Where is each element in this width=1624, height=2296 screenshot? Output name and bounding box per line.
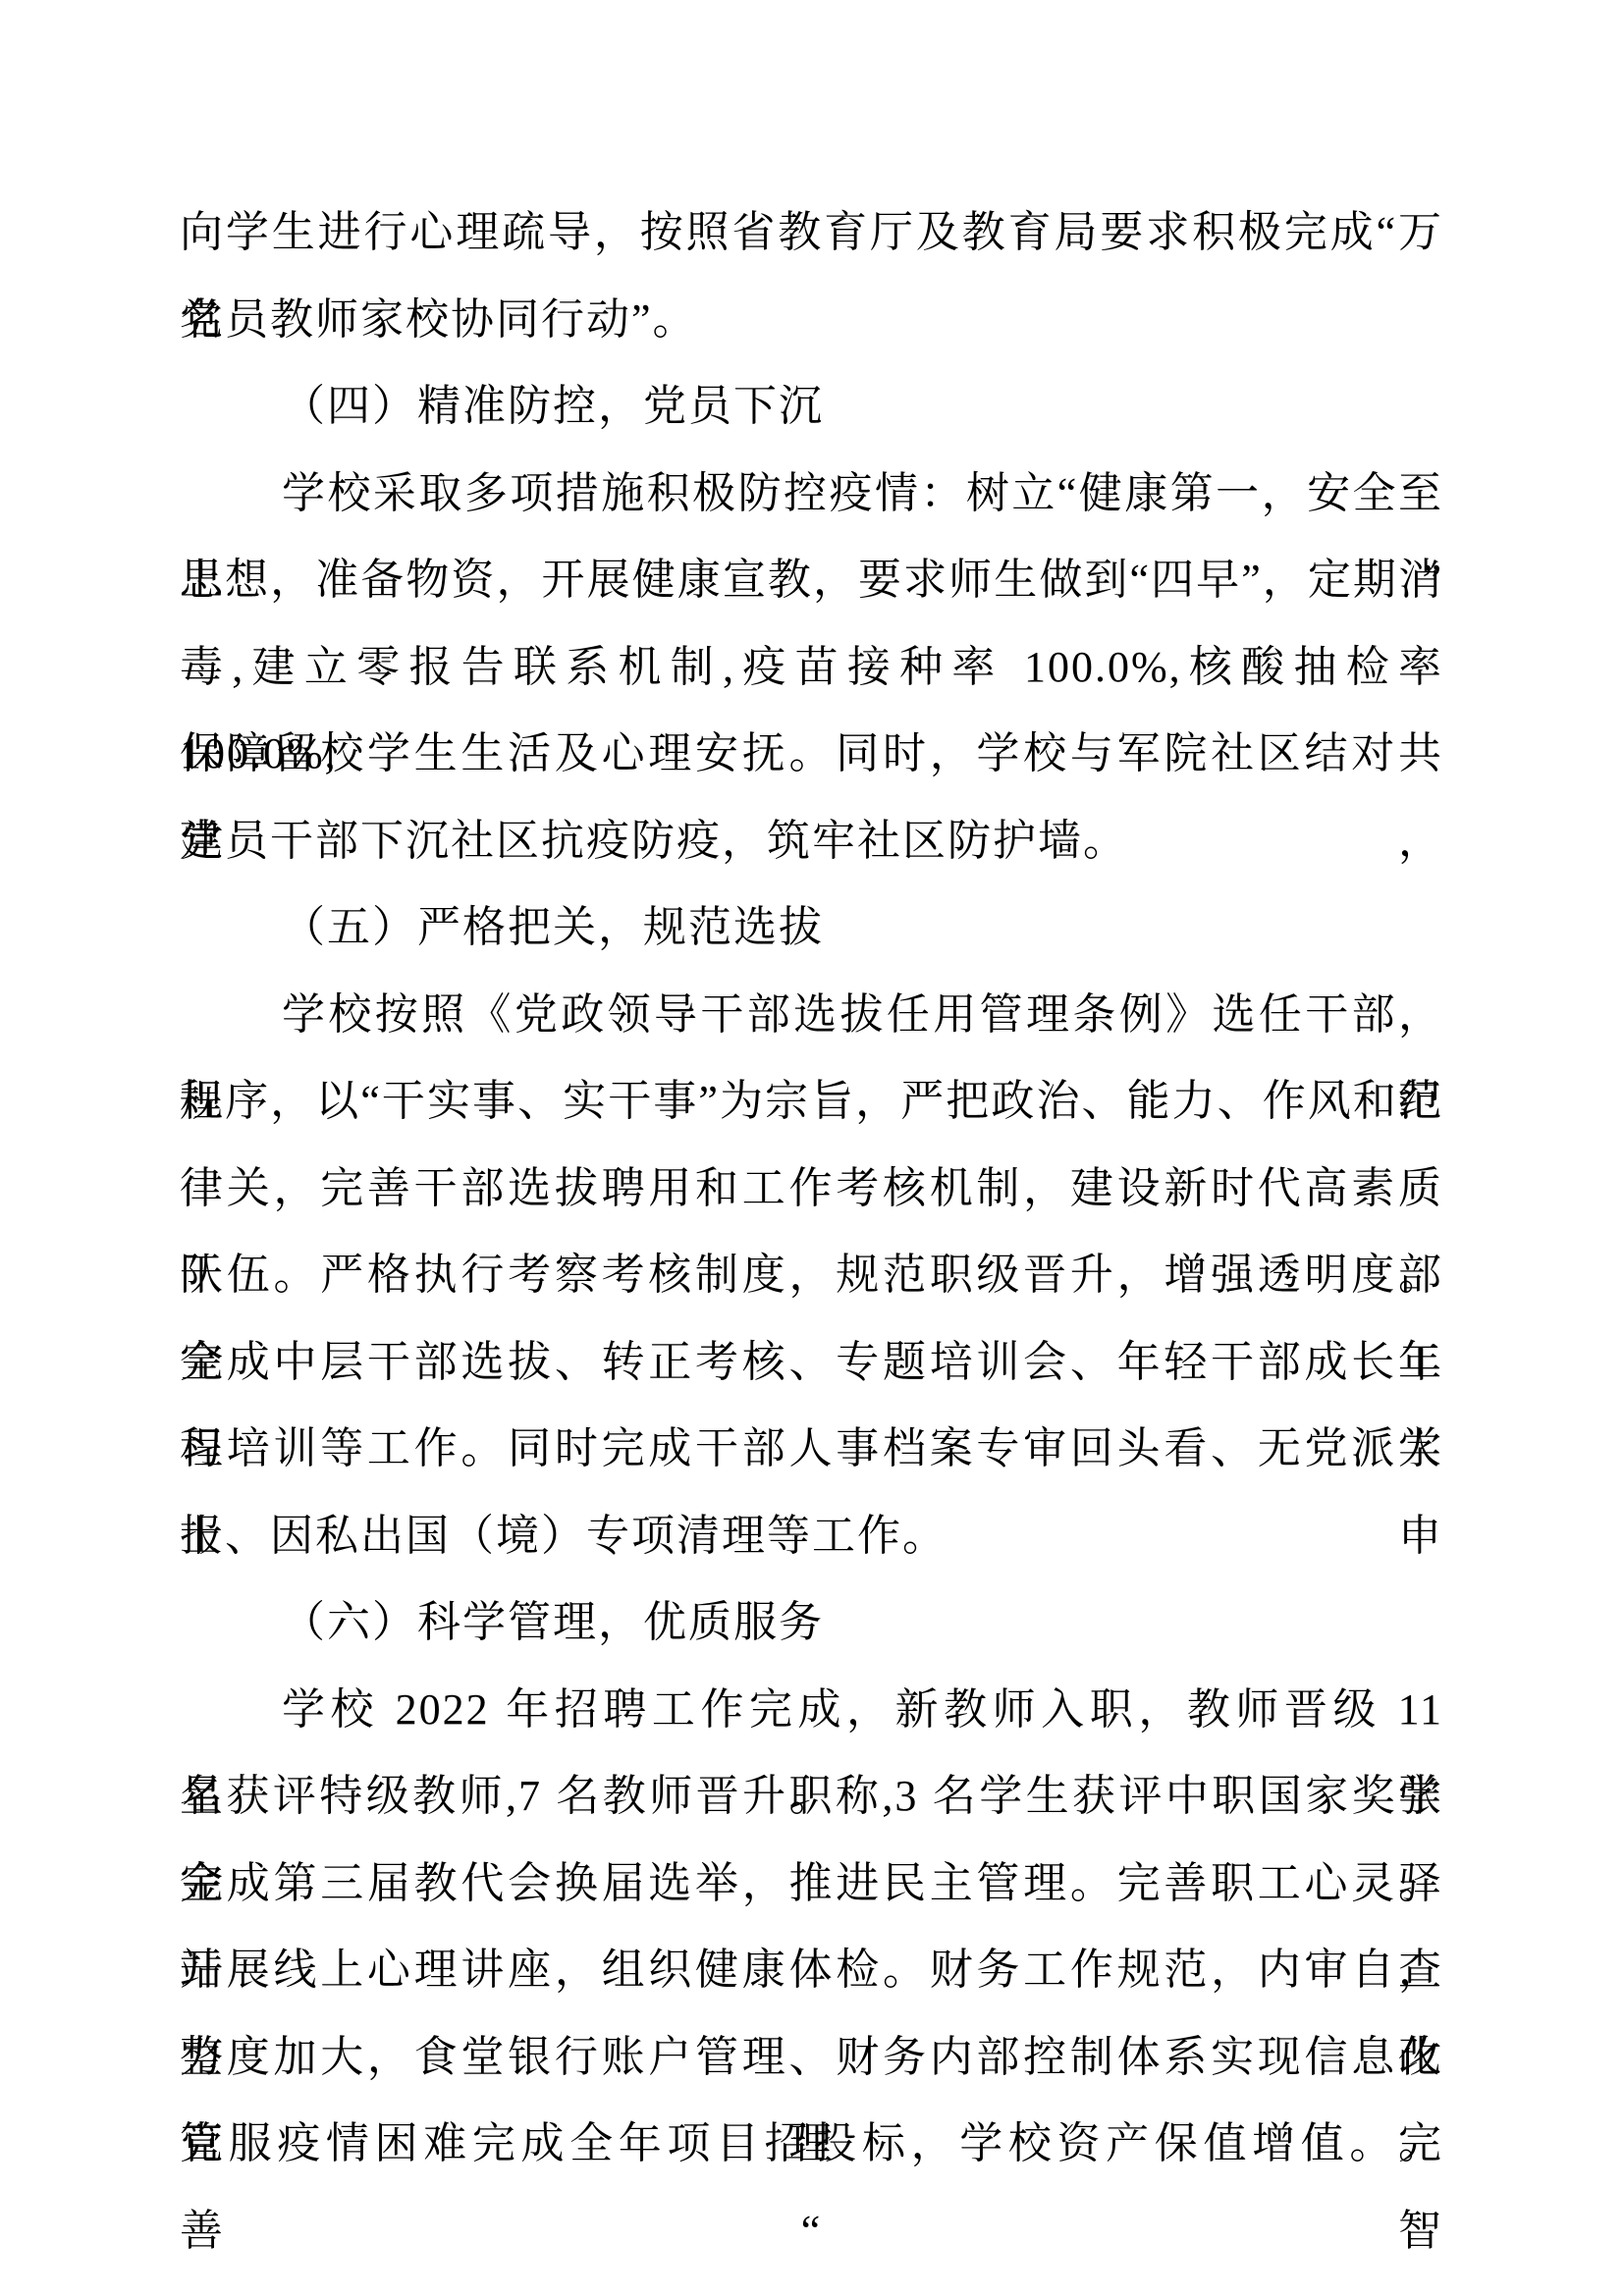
text-line: 星获评特级教师,7 名教师晋升职称,3 名学生获评中职国家奖学金。 (180, 1753, 1443, 1841)
text-line: 学校按照《党政领导干部选拔任用管理条例》选任干部，规范 (180, 972, 1443, 1059)
text-line: 程序，以“干实事、实干事”为宗旨，严把政治、能力、作风和纪 (180, 1058, 1443, 1146)
text-line: 保障留校学生生活及心理安抚。同时，学校与军院社区结对共建， (180, 711, 1443, 798)
document-page: 向学生进行心理疏导，按照省教育厅及教育局要求积极完成“万名 党员教师家校协同行动… (0, 0, 1624, 2296)
text-line: 完成第三届教代会换届选举，推进民主管理。完善职工心灵驿站， (180, 1841, 1443, 1928)
text-line: 律关，完善干部选拔聘用和工作考核机制，建设新时代高素质干部 (180, 1146, 1443, 1233)
text-line: 力度加大，食堂银行账户管理、财务内部控制体系实现信息化管理。 (180, 2014, 1443, 2102)
text-line: 习培训等工作。同时完成干部人事档案专审回头看、无党派人士申 (180, 1406, 1443, 1493)
text-line: 开展线上心理讲座，组织健康体检。财务工作规范，内审自查整改 (180, 1927, 1443, 2014)
text-line: 队伍。严格执行考察考核制度，规范职级晋升，增强透明度。全年 (180, 1232, 1443, 1319)
text-line: 克服疫情困难完成全年项目招投标，学校资产保值增值。完善“智 (180, 2101, 1443, 2188)
text-line: 思想，准备物资，开展健康宣教，要求师生做到“四早”，定期消 (180, 537, 1443, 624)
text-line: 学校采取多项措施积极防控疫情：树立“健康第一，安全至上” (180, 451, 1443, 538)
section-heading: （五）严格把关，规范选拔 (180, 884, 1443, 972)
section-heading: （四）精准防控，党员下沉 (180, 363, 1443, 451)
text-line: 毒,建立零报告联系机制,疫苗接种率 100.0%,核酸抽检率 100.0%, (180, 624, 1443, 712)
text-line: 党员教师家校协同行动”。 (180, 277, 1443, 364)
text-line: 学校 2022 年招聘工作完成，新教师入职，教师晋级 11 名。张 (180, 1667, 1443, 1754)
text-line: 完成中层干部选拔、转正考核、专题培训会、年轻干部成长工程学 (180, 1319, 1443, 1407)
text-line: 向学生进行心理疏导，按照省教育厅及教育局要求积极完成“万名 (180, 189, 1443, 277)
section-heading: （六）科学管理，优质服务 (180, 1579, 1443, 1667)
